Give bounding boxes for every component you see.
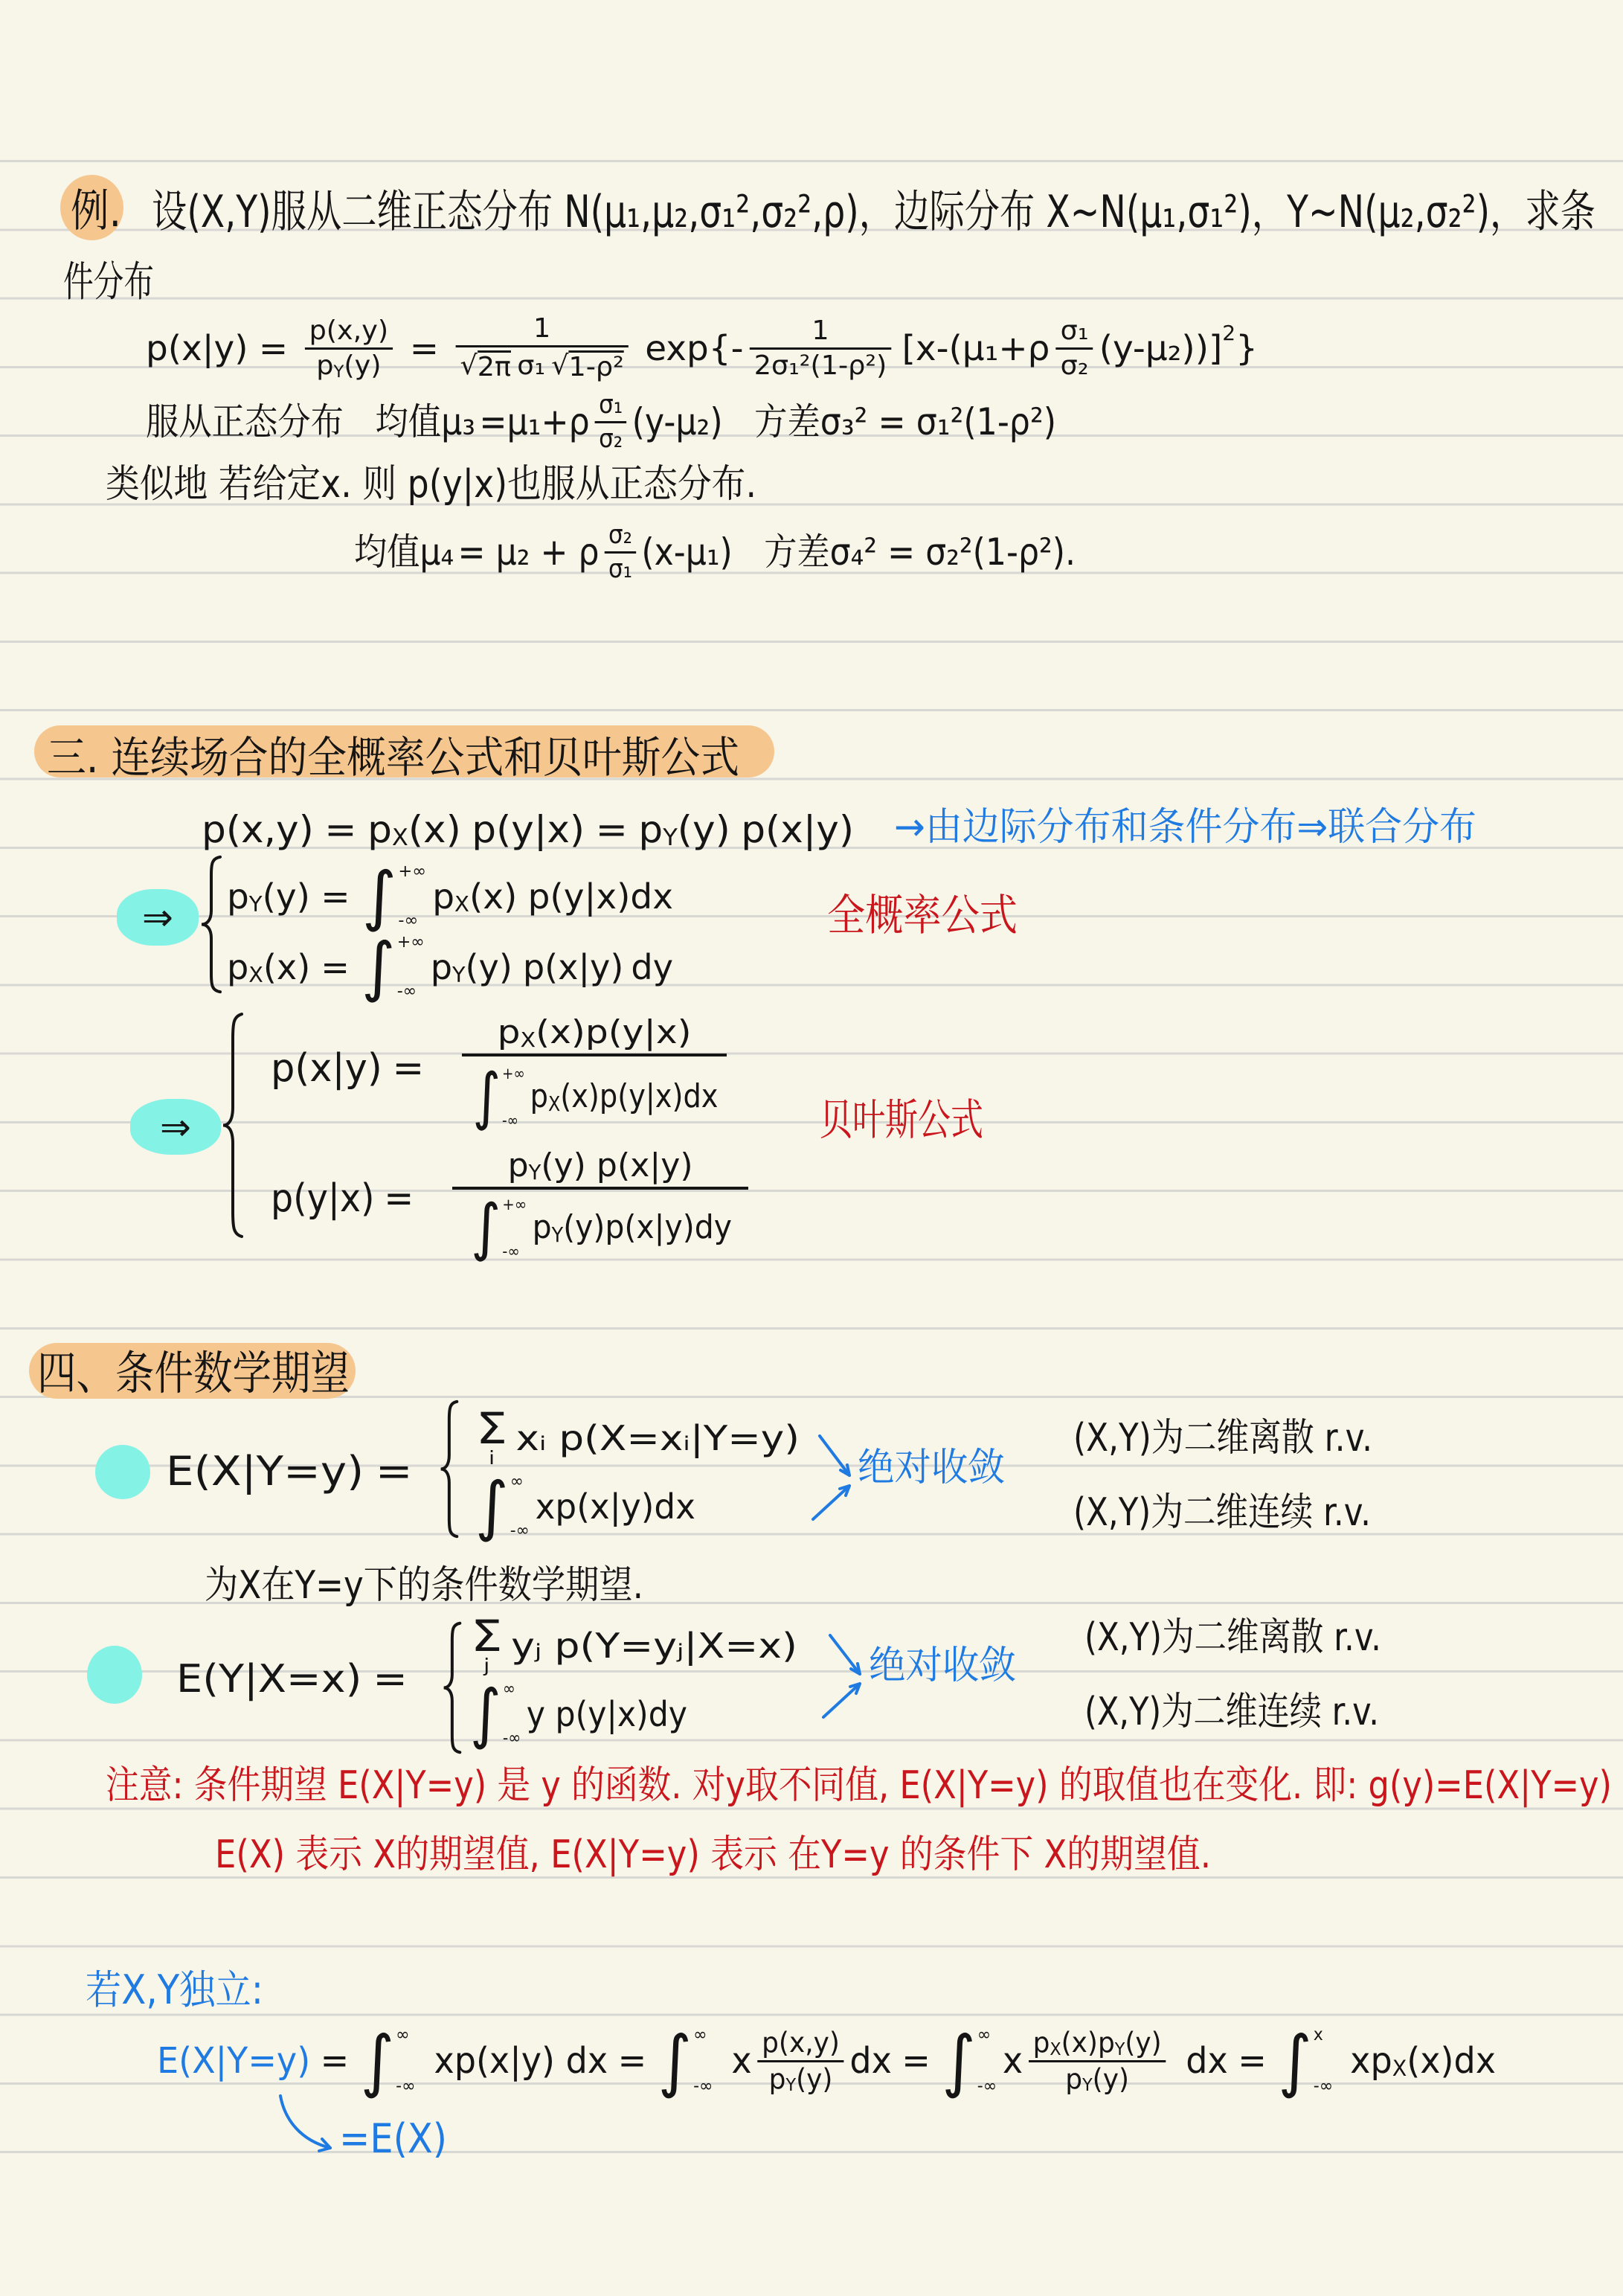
integral-icon: ∫ [361, 934, 396, 999]
conditional-term: p(y|x) [528, 879, 631, 914]
joint-density-formula: p(x,y) = pX(x) p(y|x) = pY(y) p(x|y) [202, 798, 854, 861]
density-symbol: p [769, 2065, 786, 2093]
upper-limit: ∞ [977, 2027, 997, 2044]
lower-limit: -∞ [510, 1523, 530, 1539]
normal-label: 服从正态分布 [146, 403, 344, 440]
sigma-ratio-fraction: σ₂ σ₁ [605, 522, 637, 583]
joint-over-marginal-fraction: p(x,y) pY(y) [304, 318, 393, 379]
sigma-sum-icon: Σ [471, 1617, 502, 1658]
differential: dx [1186, 2043, 1228, 2079]
density-symbol: p [508, 1149, 529, 1182]
integral-limits: ∞-∞ [394, 2027, 417, 2094]
density-symbol: p [1098, 2029, 1115, 2056]
argument: (y) [1093, 2065, 1129, 2093]
left-brace [442, 1622, 461, 1754]
bracket-open-expr: [x-(μ₁+ρ [902, 331, 1050, 365]
argument: (y) [796, 2065, 832, 2093]
subscript: Y [249, 894, 263, 916]
numerator-rest: (y) p(x|y) [541, 1149, 692, 1182]
argument: (y) [344, 353, 381, 379]
total-probability-case-y: pY(y) = ∫+∞-∞ pX(x) p(y|x) dx [227, 859, 673, 934]
subscript: X [548, 1094, 560, 1115]
implies-highlight: ⇒ [130, 1099, 221, 1155]
left-brace [199, 856, 222, 993]
integral-icon: ∫ [472, 1065, 501, 1128]
summation: Σi [476, 1409, 507, 1468]
differential: dx [849, 2043, 892, 2079]
fraction-numerator: 1 [529, 315, 555, 345]
integrand-head: xp [1350, 2043, 1392, 2079]
bayes-fraction-x-given-y: pX(x)p(y|x) ∫+∞-∞ pX(x)p(y|x)dx [462, 1013, 727, 1137]
fraction-numerator: p(x,y) [304, 318, 393, 347]
integral-icon: ∫ [362, 864, 396, 929]
subscript: Y [333, 364, 344, 380]
equals-sign: = [618, 2043, 647, 2079]
subscript: X [454, 894, 469, 916]
curved-arrow-icon [271, 2087, 342, 2158]
fraction-denominator: pY(y) [312, 350, 385, 379]
integral: ∫+∞-∞ [470, 1196, 527, 1259]
variance-expression: 方差σ₄² = σ₂²(1-ρ²). [764, 533, 1076, 571]
fraction-numerator: σ₂ [605, 522, 637, 551]
exp-open: exp{- [645, 331, 743, 365]
equals-sign: = [1238, 2043, 1267, 2079]
subscript: Y [663, 827, 678, 850]
argument: (y) [466, 950, 512, 984]
fraction-denominator: √2πσ₁√1-ρ² [455, 347, 628, 381]
density-symbol: p [1033, 2029, 1050, 2056]
integral: ∫∞-∞ [475, 1474, 531, 1539]
sqrt-icon: √ [460, 353, 477, 379]
integral-icon: ∫ [1278, 2027, 1312, 2094]
total-probability-label: 全概率公式 [827, 885, 1018, 945]
expectation-lhs: E(X|Y=y) [157, 2043, 310, 2079]
left-brace [221, 1012, 243, 1239]
upper-limit: +∞ [502, 1196, 527, 1212]
fraction-numerator: σ₁ [1056, 318, 1093, 347]
conditional-term: p(x|y) [523, 950, 623, 984]
radicand: 2π [478, 350, 511, 381]
density-symbol: p [227, 879, 249, 914]
equals-sign: = [321, 950, 350, 984]
example-badge: 例. [71, 182, 121, 240]
e-y-given-x-discrete-case: Σj yⱼ p(Y=yⱼ|X=x) [471, 1619, 797, 1673]
differential: dy [631, 950, 673, 984]
density-symbol: p [497, 1016, 520, 1049]
e-y-given-x-continuous-case: ∫∞-∞ y p(y|x)dy [469, 1674, 687, 1754]
mean-label: 均值μ₄ [354, 533, 454, 571]
density-symbol: p [431, 950, 452, 984]
density-symbol: p [367, 811, 392, 848]
integral-limits: ∞-∞ [501, 1681, 522, 1746]
fraction-numerator: σ₁ [595, 392, 627, 421]
lower-limit: -∞ [397, 984, 425, 1000]
argument: (x) [408, 811, 461, 848]
mean-expression: =μ₁+ρ [479, 403, 589, 440]
summation: Σj [471, 1617, 502, 1675]
integral-limits: x-∞ [1312, 2027, 1334, 2094]
subscript: Y [1082, 2077, 1093, 2094]
note-line-1: 注意: 条件期望 E(X|Y=y) 是 y 的函数. 对y取不同值, E(X|Y… [106, 1760, 1612, 1812]
conditional-distribution-given-y: 服从正态分布 均值μ₃ =μ₁+ρ σ₁ σ₂ (y-μ₂) 方差σ₃² = σ… [146, 388, 1056, 455]
exponent-coefficient-fraction: 1 2σ₁²(1-ρ²) [750, 318, 892, 379]
conditional-distribution-given-x: 均值μ₄ = μ₂ + ρ σ₂ σ₁ (x-μ₁) 方差σ₄² = σ₂²(1… [354, 519, 1076, 585]
argument: (y) [678, 811, 730, 848]
power-superscript: 2 [1222, 323, 1235, 344]
bayes-lhs: p(y|x) [271, 1179, 375, 1218]
density-symbol: p [1065, 2065, 1082, 2093]
subscript: Y [551, 1225, 563, 1245]
joint-over-marginal-fraction: p(x,y) pY(y) [757, 2029, 843, 2093]
mean-tail: (x-μ₁) [641, 533, 732, 571]
sigma-sum-icon: Σ [476, 1409, 507, 1450]
integral-limits: +∞-∞ [501, 1065, 526, 1128]
fraction-numerator: pX(x)p(y|x) [497, 1013, 691, 1052]
continuous-condition: (X,Y)为二维连续 r.v. [1073, 1488, 1371, 1536]
implies-arrow-icon: ⇒ [160, 1109, 191, 1146]
integral-icon: ∫ [361, 2027, 395, 2094]
lower-limit: -∞ [503, 1731, 521, 1747]
density-symbol: p [227, 950, 248, 984]
similarly-statement: 类似地 若给定x. 则 p(y|x)也服从正态分布. [106, 455, 756, 513]
sum-index: i [489, 1449, 495, 1467]
integral: ∫∞-∞ [361, 2027, 417, 2094]
equals-sign: = [902, 2043, 931, 2079]
variance-expression: 方差σ₃² = σ₁²(1-ρ²) [754, 403, 1056, 440]
variable-x: x [1003, 2043, 1023, 2079]
implies-arrow-icon: ⇒ [142, 899, 173, 936]
lower-limit: -∞ [502, 1243, 527, 1259]
bayes-label: 贝叶斯公式 [820, 1094, 983, 1146]
argument: (x) [1061, 2029, 1098, 2056]
section4-title: 四、条件数学期望 [37, 1341, 350, 1405]
argument: (x) [263, 950, 310, 984]
lower-limit: -∞ [1314, 2078, 1333, 2095]
sum-expression: xᵢ p(X=xᵢ|Y=y) [516, 1421, 800, 1455]
equals-sign: = [410, 331, 439, 365]
normalizing-coefficient-fraction: 1 √2πσ₁√1-ρ² [455, 315, 628, 381]
fraction-denominator: pY(y) [765, 2062, 837, 2093]
integral-expression: y p(y|x)dy [527, 1697, 687, 1731]
upper-limit: ∞ [510, 1474, 530, 1490]
expectation-lhs: E(X|Y=y) [166, 1452, 364, 1492]
upper-limit: +∞ [398, 864, 426, 880]
bracket-close-expr: (y-μ₂))] [1099, 331, 1223, 365]
integral-icon: ∫ [658, 2027, 692, 2094]
argument: (y) [1125, 2029, 1161, 2056]
mean-expression: = μ₂ + ρ [458, 533, 600, 571]
equals-sign: = [376, 1452, 413, 1492]
equals-sign: = [324, 811, 356, 848]
fraction-denominator: σ₁ [605, 554, 637, 583]
subscript: X [1050, 2041, 1061, 2058]
equals-sign: = [321, 2043, 350, 2079]
bayes-fraction-y-given-x: pY(y) p(x|y) ∫+∞-∞ pY(y)p(x|y)dy [452, 1146, 748, 1266]
integral-limits: ∞-∞ [976, 2027, 998, 2094]
upper-limit: ∞ [693, 2027, 713, 2044]
fraction-numerator: p(x,y) [757, 2029, 843, 2059]
density-symbol: p [316, 353, 333, 379]
discrete-condition: (X,Y)为二维离散 r.v. [1084, 1614, 1381, 1661]
fraction-denominator: ∫+∞-∞ pX(x)p(y|x)dx [471, 1056, 718, 1137]
definition-statement: 为X在Y=y下的条件数学期望. [205, 1562, 643, 1609]
joint-note: →由边际分布和条件分布⇒联合分布 [894, 798, 1476, 857]
convergence-arrows-icon [818, 1628, 874, 1725]
integral-limits: +∞-∞ [501, 1196, 528, 1259]
upper-limit: +∞ [397, 934, 425, 951]
integral-icon: ∫ [470, 1196, 501, 1259]
integral: ∫∞-∞ [942, 2027, 998, 2094]
numerator-rest: (x)p(y|x) [536, 1016, 691, 1049]
fraction-denominator: ∫+∞-∞ pY(y)p(x|y)dy [469, 1190, 731, 1266]
integral: ∫+∞-∞ [361, 934, 426, 999]
mean-tail: (y-μ₂) [632, 403, 723, 440]
bayes-lhs-y-given-x: p(y|x) = [271, 1172, 423, 1225]
radicand: 1-ρ² [568, 350, 623, 381]
integral: ∫x-∞ [1278, 2027, 1334, 2094]
total-probability-case-x: pX(x) = ∫+∞-∞ pY(y) p(x|y) dy [227, 930, 673, 1004]
implies-highlight: ⇒ [117, 889, 199, 946]
denominator-rest: (x)p(y|x)dx [560, 1080, 718, 1113]
discrete-condition: (X,Y)为二维离散 r.v. [1073, 1414, 1372, 1462]
argument: (y) [263, 879, 310, 914]
equals-sign: = [259, 331, 288, 365]
lower-limit: -∞ [398, 913, 426, 929]
fraction-denominator: pY(y) [1061, 2062, 1133, 2093]
independence-result: =E(X) [339, 2113, 447, 2165]
integral-limits: +∞-∞ [396, 934, 426, 999]
upper-limit: ∞ [396, 2027, 415, 2044]
fraction-denominator: σ₂ [1056, 350, 1093, 379]
lower-limit: -∞ [693, 2078, 713, 2095]
fraction-numerator: pY(y) p(x|y) [508, 1146, 693, 1185]
note-line-2: E(X) 表示 X的期望值, E(X|Y=y) 表示 在Y=y 的条件下 X的期… [215, 1829, 1211, 1881]
joint-lhs: p(x,y) [202, 811, 314, 848]
differential: dx [630, 879, 673, 914]
upper-limit: ∞ [503, 1681, 521, 1698]
density-symbol: p [530, 1080, 547, 1113]
left-brace [439, 1400, 458, 1538]
sum-index: j [483, 1657, 489, 1675]
sigma-ratio-fraction: σ₁ σ₂ [595, 392, 627, 452]
variable-x: x [731, 2043, 751, 2079]
bayes-lhs-x-given-y: p(x|y) = [271, 1042, 434, 1095]
subscript: Y [785, 2077, 796, 2094]
density-symbol: p [532, 1211, 551, 1244]
density-symbol: p [638, 811, 663, 848]
brace-close: } [1235, 331, 1258, 365]
subscript: X [392, 827, 408, 850]
fraction-denominator: 2σ₁²(1-ρ²) [750, 350, 892, 379]
e-x-given-y-lhs: E(X|Y=y) = [166, 1443, 424, 1500]
upper-limit: +∞ [501, 1065, 524, 1081]
independence-derivation: E(X|Y=y) = ∫∞-∞ xp(x|y) dx = ∫∞-∞ x p(x,… [157, 2001, 1496, 2120]
fraction-numerator: pX(x)pY(y) [1029, 2029, 1166, 2059]
equals-sign: = [321, 879, 350, 914]
integral-limits: +∞-∞ [396, 864, 428, 929]
absolute-convergence-note: 绝对收敛 [869, 1644, 1016, 1687]
subscript: X [520, 1030, 536, 1051]
equals-sign: = [373, 1660, 408, 1699]
subscript: X [248, 965, 263, 987]
sigma-ratio-fraction: σ₁ σ₂ [1056, 318, 1093, 379]
e-x-given-y-discrete-case: Σi xᵢ p(X=xᵢ|Y=y) [476, 1408, 800, 1468]
subscript: Y [1115, 2041, 1125, 2058]
equals-sign: = [384, 1179, 414, 1218]
lower-limit: -∞ [501, 1112, 524, 1128]
sqrt-icon: √ [551, 353, 568, 379]
integral-limits: ∞-∞ [692, 2027, 714, 2094]
expectation-lhs: E(Y|X=x) [176, 1660, 361, 1699]
density-lhs: p(x|y) [146, 331, 248, 365]
integral: ∫+∞-∞ [472, 1065, 526, 1128]
bullet-dot-icon [87, 1646, 142, 1704]
e-y-given-x-lhs: E(Y|X=x) = [176, 1653, 419, 1705]
fraction-numerator: 1 [807, 318, 833, 347]
sum-expression: yⱼ p(Y=yⱼ|X=x) [511, 1629, 797, 1663]
sigma-term: σ₁ [517, 353, 545, 379]
mean-label: 均值μ₃ [375, 403, 475, 440]
integral-icon: ∫ [470, 1681, 501, 1746]
integral: ∫∞-∞ [470, 1681, 522, 1746]
fraction-denominator: σ₂ [595, 423, 627, 452]
integral: ∫∞-∞ [658, 2027, 715, 2094]
upper-limit: x [1314, 2027, 1333, 2044]
subscript: X [1392, 2058, 1407, 2080]
integrand-tail: (x)dx [1407, 2043, 1496, 2079]
absolute-convergence-note: 绝对收敛 [858, 1447, 1005, 1488]
continuous-condition: (X,Y)为二维连续 r.v. [1084, 1689, 1379, 1735]
convergence-arrows-icon [807, 1428, 863, 1525]
lower-limit: -∞ [396, 2078, 415, 2095]
conditional-term: p(y|x) [472, 811, 585, 848]
subscript: Y [529, 1163, 541, 1183]
conditional-term: p(x|y) [741, 811, 854, 848]
equals-sign: = [596, 811, 628, 848]
example-statement-line1: 设(X,Y)服从二维正态分布 N(μ₁,μ₂,σ₁²,σ₂²,ρ)，边际分布 X… [152, 182, 1595, 242]
bullet-dot-icon [95, 1445, 150, 1499]
product-over-marginal-fraction: pX(x)pY(y) pY(y) [1029, 2029, 1166, 2093]
integral-limits: ∞-∞ [509, 1474, 531, 1539]
section3-title: 三. 连续场合的全概率公式和贝叶斯公式 [47, 728, 739, 787]
density-symbol: p [432, 879, 454, 914]
integral-icon: ∫ [942, 2027, 976, 2094]
integral-expression: xp(x|y)dx [536, 1489, 695, 1524]
conditional-density-formula: p(x|y) = p(x,y) pY(y) = 1 √2πσ₁√1-ρ² exp… [146, 304, 1258, 393]
equals-sign: = [393, 1049, 425, 1088]
e-x-given-y-continuous-case: ∫∞-∞ xp(x|y)dx [474, 1469, 695, 1544]
example-statement-line2: 件分布 [63, 257, 154, 309]
bayes-lhs: p(x|y) [271, 1049, 382, 1088]
argument: (x) [469, 879, 517, 914]
integral-icon: ∫ [475, 1474, 509, 1539]
denominator-rest: (y)p(x|y)dy [563, 1211, 732, 1244]
lower-limit: -∞ [977, 2078, 997, 2095]
integrand: xp(x|y) dx [434, 2043, 608, 2079]
integral: ∫+∞-∞ [362, 864, 428, 929]
subscript: Y [452, 965, 465, 987]
